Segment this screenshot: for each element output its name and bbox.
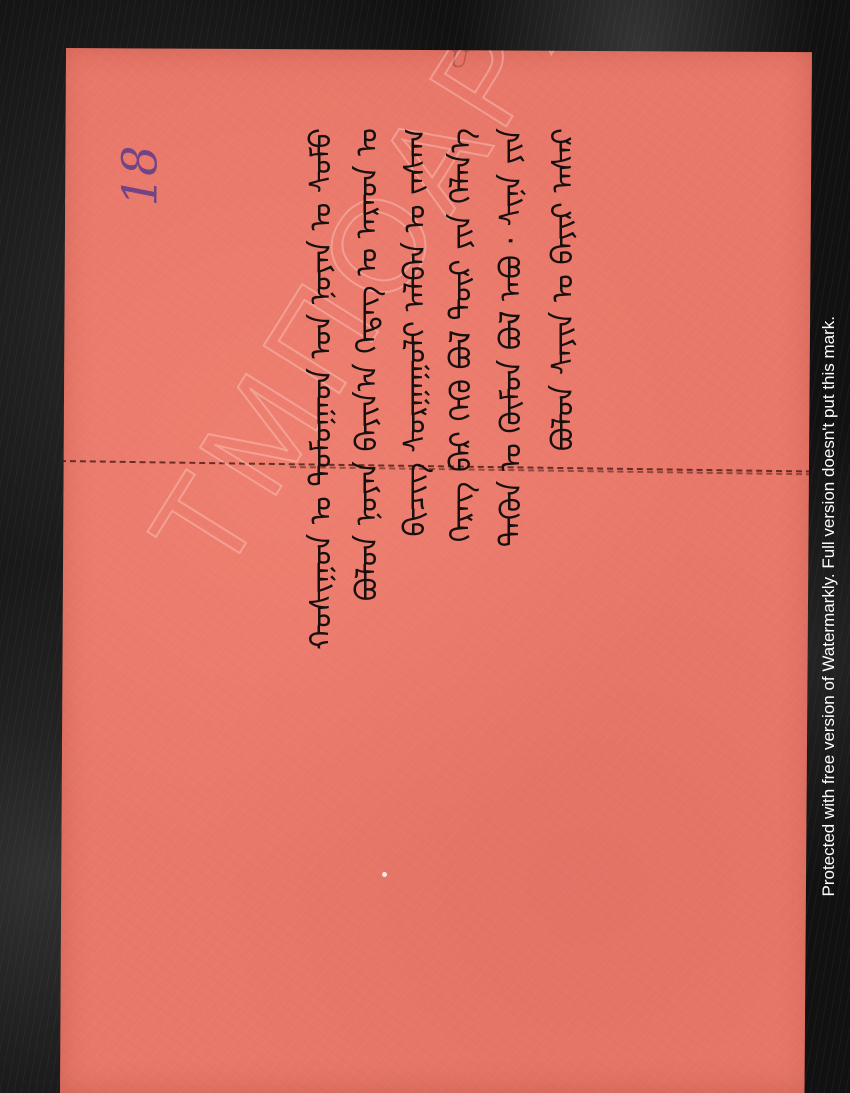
text-line: ᠪᠣᠯᠤᠨ ᠨᠣᠶᠠᠨ ᠪᠠᠶᠢᠨ᠎ᠠ ᠭᠡᠳᠡᠭ ᠤ ᠠᠷᠠᠳ ᠤ xyxy=(346,128,390,1048)
top-margin-mark: U xyxy=(450,48,469,73)
text-line: ᠬᠡᠷᠡᠭ ᠪᠡᠷ ᠭᠡᠬᠦ ᠪᠣᠯ ᠲᠦᠷ ᠶᠢᠨ ᠬᠡᠯᠡᠨ᠎ᠡ xyxy=(440,128,484,1048)
text-line: ᠪᠢᠴᠢᠭ ᠰᠤᠷᠭᠠᠭᠤᠯᠢ ᠠᠯᠪᠠᠨ ᠤ ᠵᠠᠰᠠᠭ xyxy=(394,128,438,1048)
text-line: ᠪᠣᠯᠤᠨ ᠰᠠᠶᠢᠨ ᠤ ᠪᠠᠶᠢᠷ ᠠᠰᠠᠷ xyxy=(542,128,586,1048)
watermark-banner-text: Protected with free version of Watermark… xyxy=(819,316,839,897)
manuscript-text: ᠪᠣᠯᠤᠨ ᠰᠠᠶᠢᠨ ᠤ ᠪᠠᠶᠢᠷ ᠠᠰᠠᠷ ᠲᠡᠭᠦᠨ ᠤ ᠬᠦᠮᠦᠨ ᠪ… xyxy=(290,128,590,1048)
text-line: ᠬᠣᠰᠢᠭᠤᠨ ᠤ ᠲᠣᠮᠣᠭᠠᠳ ᠤᠨ ᠨᠣᠶᠠᠨ ᠤ ᠰᠤᠮᠤ xyxy=(300,128,344,1048)
page-number-annotation: 18 xyxy=(113,145,169,206)
scan-background: U 18 ТМПОАРХАРЯ ᠪᠣᠯᠤᠨ ᠰᠠᠶᠢᠨ ᠤ ᠪᠠᠶᠢᠷ ᠠᠰᠠᠷ… xyxy=(0,0,850,1093)
text-line: ᠲᠡᠭᠦᠨ ᠤ ᠬᠦᠮᠦᠨ ᠪᠣᠯ ᠠᠪᠤ · ᠰᠢᠨᠡ ᠶᠢᠨ xyxy=(490,128,534,1048)
manuscript-page: U 18 ТМПОАРХАРЯ ᠪᠣᠯᠤᠨ ᠰᠠᠶᠢᠨ ᠤ ᠪᠠᠶᠢᠷ ᠠᠰᠠᠷ… xyxy=(60,48,812,1093)
paper-speck xyxy=(382,872,387,877)
watermark-banner: Protected with free version of Watermark… xyxy=(808,0,850,1093)
